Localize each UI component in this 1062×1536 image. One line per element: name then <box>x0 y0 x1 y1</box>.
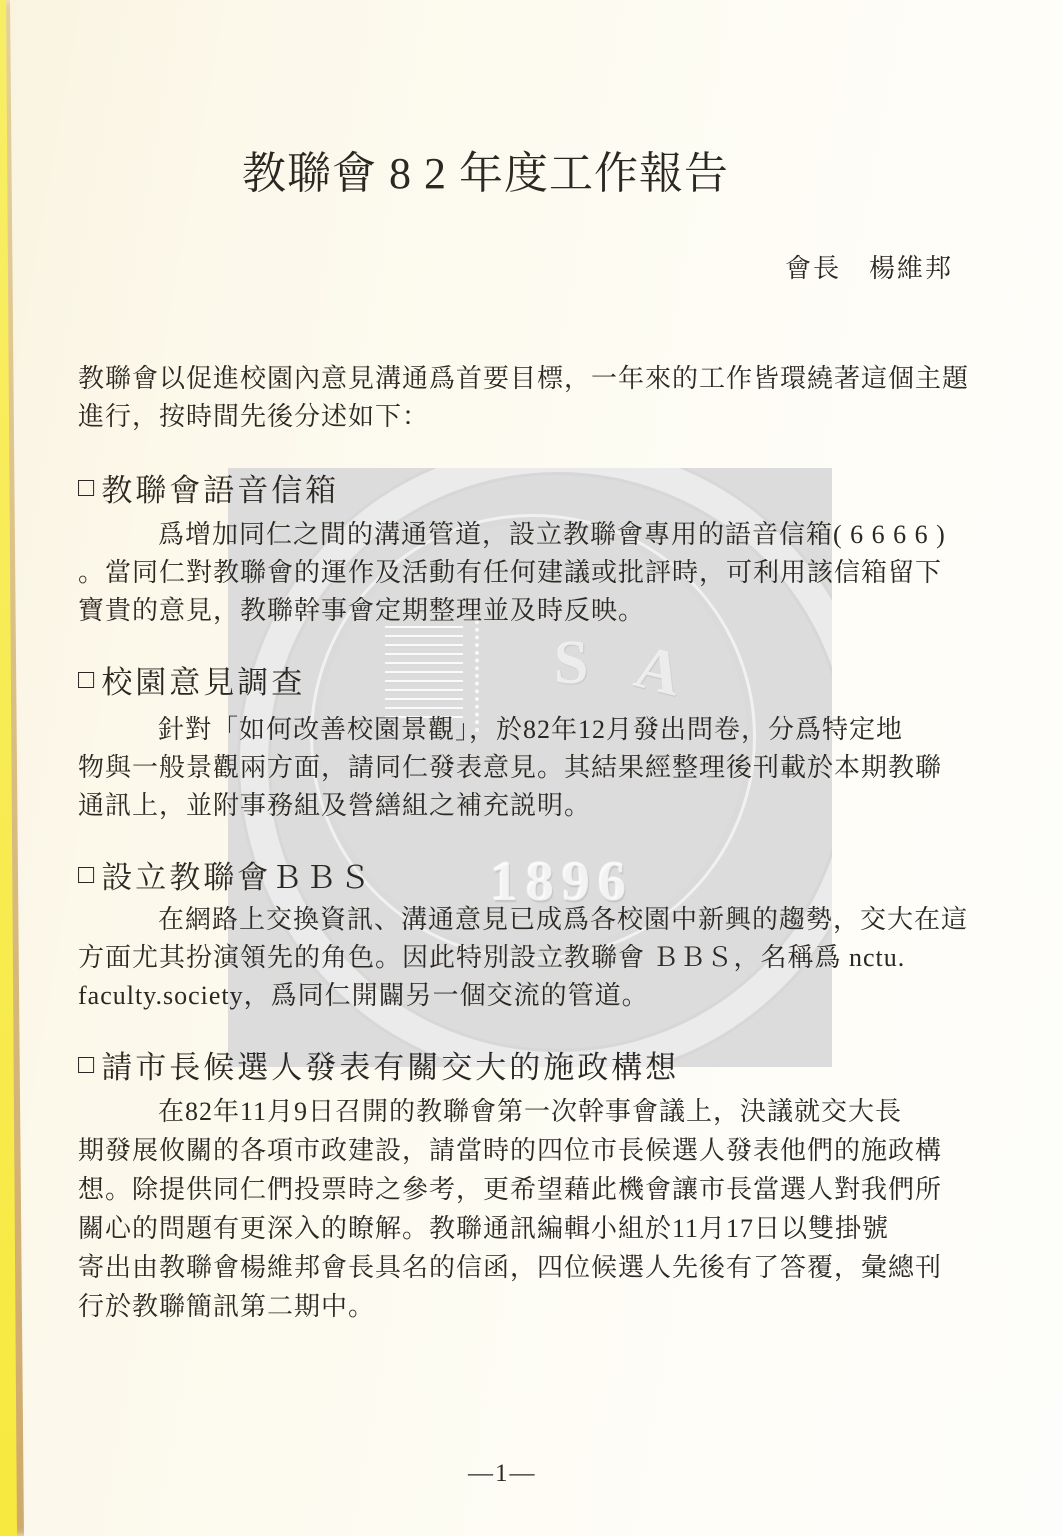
section-heading-survey: □ 校園意見調查 <box>78 657 305 702</box>
text-line: 方面尤其扮演領先的角色。因此特別設立教聯會 ＢＢＳ，名稱爲 nctu. <box>78 939 983 977</box>
text-line: 寶貴的意見，教聯幹事會定期整理並及時反映。 <box>78 592 983 630</box>
author-line: 會長 楊維邦 <box>785 248 953 285</box>
square-bullet-icon: □ <box>78 472 94 503</box>
section-heading-voicemail: □ 教聯會語音信箱 <box>78 465 339 510</box>
section-body-survey: 針對「如何改善校園景觀」，於82年12月發出問卷，分爲特定地 物與一般景觀兩方面… <box>78 711 983 825</box>
text-line: 。當同仁對教聯會的運作及活動有任何建議或批評時，可利用該信箱留下 <box>78 554 983 592</box>
intro-paragraph: 教聯會以促進校園內意見溝通爲首要目標，一年來的工作皆環繞著這個主題 進行，按時間… <box>78 360 983 436</box>
seal-letter-s: S <box>554 628 588 699</box>
section-heading-mayor: □ 請市長候選人發表有關交大的施政構想 <box>78 1042 679 1087</box>
text-line: 期發展攸關的各項市政建設，請當時的四位市長候選人發表他們的施政構 <box>78 1131 983 1170</box>
text-line: 行於教聯簡訊第二期中。 <box>78 1287 983 1326</box>
text-line: 爲增加同仁之間的溝通管道，設立教聯會專用的語音信箱( 6 6 6 6 ) <box>78 516 983 554</box>
text-line: 在82年11月9日召開的教聯會第一次幹事會議上，決議就交大長 <box>78 1092 983 1131</box>
page-number: —1— <box>468 1460 537 1488</box>
text-line: 想。除提供同仁們投票時之參考，更希望藉此機會讓市長當選人對我們所 <box>78 1170 983 1209</box>
text-line: 進行，按時間先後分述如下： <box>78 398 983 436</box>
square-bullet-icon: □ <box>78 859 94 890</box>
text-line: 通訊上，並附事務組及營繕組之補充説明。 <box>78 787 983 825</box>
text-line: 針對「如何改善校園景觀」，於82年12月發出問卷，分爲特定地 <box>78 711 983 749</box>
text-line: 物與一般景觀兩方面，請同仁發表意見。其結果經整理後刊載於本期教聯 <box>78 749 983 787</box>
section-body-bbs: 在網路上交換資訊、溝通意見已成爲各校園中新興的趨勢，交大在這 方面尤其扮演領先的… <box>78 901 983 1015</box>
text-line: 在網路上交換資訊、溝通意見已成爲各校園中新興的趨勢，交大在這 <box>78 901 983 939</box>
text-line: 教聯會以促進校園內意見溝通爲首要目標，一年來的工作皆環繞著這個主題 <box>78 360 983 398</box>
text-line: 關心的問題有更深入的瞭解。教聯通訊編輯小組於11月17日以雙掛號 <box>78 1209 983 1248</box>
square-bullet-icon: □ <box>78 1049 94 1080</box>
text-line: 寄出由教聯會楊維邦會長具名的信函，四位候選人先後有了答覆，彙總刊 <box>78 1248 983 1287</box>
text-line: faculty.society，爲同仁開闢另一個交流的管道。 <box>78 977 983 1015</box>
document-title: 教聯會 8 2 年度工作報告 <box>242 137 729 201</box>
section-heading-bbs: □ 設立教聯會ＢＢＳ <box>78 852 373 897</box>
seal-lines-icon <box>385 626 463 718</box>
section-heading-label: 校園意見調查 <box>101 657 305 702</box>
section-heading-label: 設立教聯會ＢＢＳ <box>101 852 373 897</box>
section-body-mayor: 在82年11月9日召開的教聯會第一次幹事會議上，決議就交大長 期發展攸關的各項市… <box>78 1092 983 1326</box>
section-heading-label: 請市長候選人發表有關交大的施政構想 <box>101 1042 679 1087</box>
section-heading-label: 教聯會語音信箱 <box>101 465 339 510</box>
section-body-voicemail: 爲增加同仁之間的溝通管道，設立教聯會專用的語音信箱( 6 6 6 6 ) 。當同… <box>78 516 983 630</box>
square-bullet-icon: □ <box>78 664 94 695</box>
